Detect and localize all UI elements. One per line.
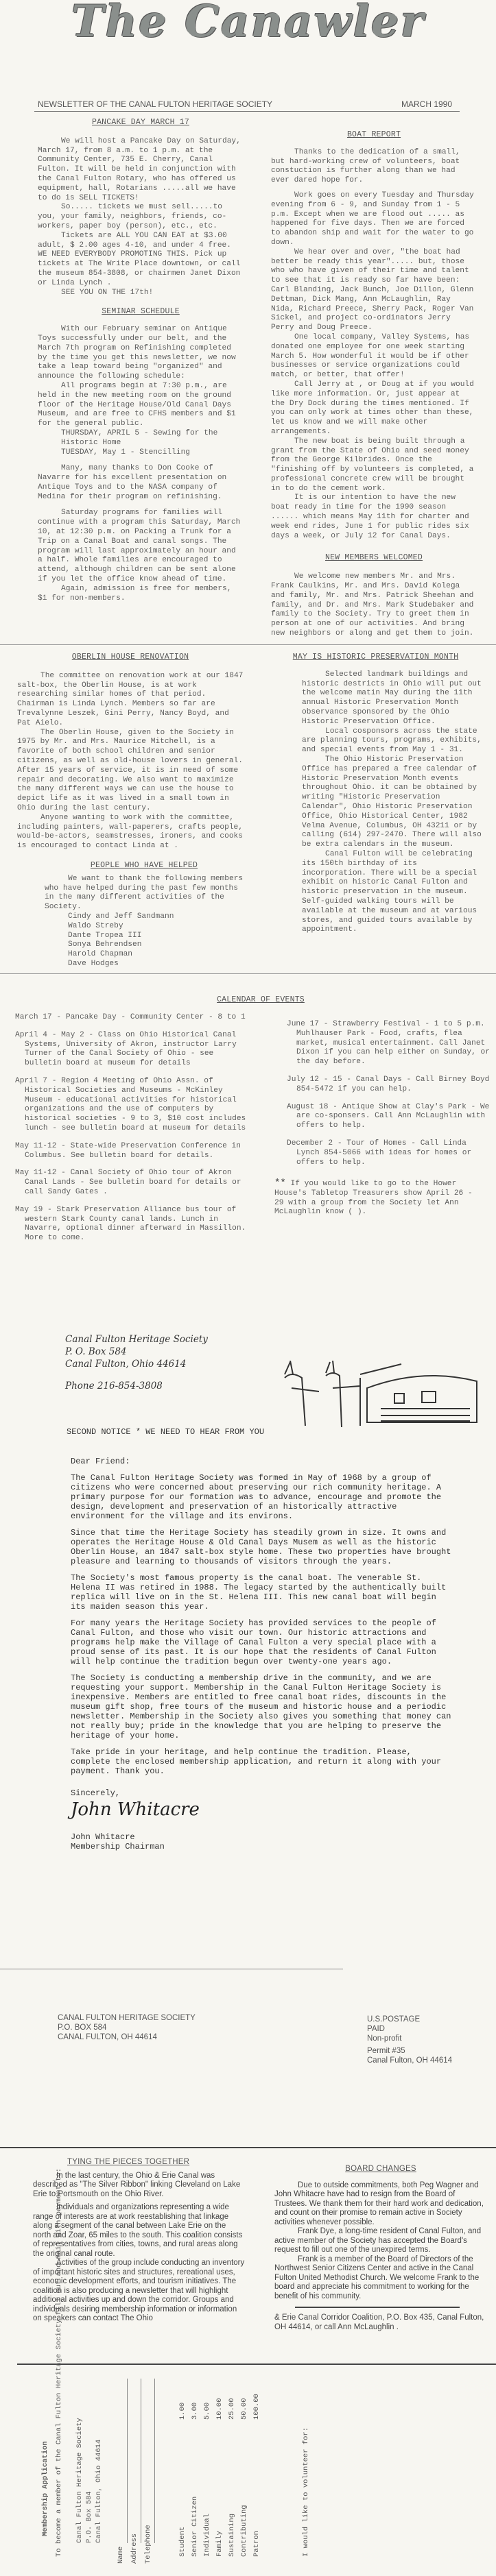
- signer-title: Membership Chairman: [71, 1842, 455, 1851]
- calendar-event: May 11-12 - Canal Society of Ohio tour o…: [15, 1169, 248, 1197]
- boat-heading: BOAT REPORT: [271, 130, 477, 140]
- preservation-paragraph: Canal Fulton will be celebrating its 150…: [302, 850, 484, 935]
- boat-paragraph: The new boat is being built through a gr…: [271, 437, 477, 494]
- oberlin-paragraph: Anyone wanting to work with the committe…: [17, 814, 244, 851]
- return-address: Canal Fulton Heritage Society P. O. Box …: [65, 1333, 208, 1392]
- form-address-line: Canal Fulton, Ohio 44614: [95, 2440, 104, 2543]
- helper-name: Dante Tropea III: [45, 932, 244, 941]
- new-members-heading: NEW MEMBERS WELCOMED: [271, 553, 477, 563]
- letter-closing: Sincerely,: [71, 1788, 455, 1798]
- letter-paragraph: The Canal Fulton Heritage Society was fo…: [71, 1473, 455, 1521]
- issue-date: MARCH 1990: [401, 100, 452, 110]
- form-field-label: Telephone: [144, 2525, 154, 2564]
- helpers-intro: We want to thank the following members w…: [45, 875, 244, 912]
- seminar-schedule-item: THURSDAY, APRIL 5 - Sewing for the Histo…: [38, 429, 244, 448]
- letter-paragraph: Since that time the Heritage Society has…: [71, 1528, 455, 1566]
- calendar-event: April 7 - Region 4 Meeting of Ohio Assn.…: [15, 1077, 248, 1134]
- boat-paragraph: We hear over and over, "the boat had bet…: [271, 248, 477, 333]
- membership-price: 5.00: [203, 2403, 213, 2420]
- new-members-text: We welcome new members Mr. and Mrs. Fran…: [271, 572, 477, 639]
- boat-paragraph: One local company, Valley Systems, has d…: [271, 333, 477, 380]
- helper-name: Harold Chapman: [45, 950, 244, 960]
- membership-letter: Dear Friend: The Canal Fulton Heritage S…: [71, 1457, 455, 1851]
- asterisk-icon: **: [274, 1178, 286, 1189]
- oberlin-heading: OBERLIN HOUSE RENOVATION: [17, 653, 244, 662]
- volunteer-note: I would like to volunteer for:: [302, 2427, 311, 2557]
- oberlin-paragraph: The Oberlin House, given to the Society …: [17, 729, 244, 814]
- preservation-heading: MAY IS HISTORIC PRESERVATION MONTH: [268, 653, 484, 662]
- tying-paragraph: In the last century, the Ohio & Erie Can…: [33, 2172, 246, 2200]
- boat-paragraph: Thanks to the dedication of a small, but…: [271, 148, 477, 186]
- board-paragraph: Frank Dye, a long-time resident of Canal…: [274, 2227, 487, 2255]
- section-divider: [0, 644, 496, 645]
- tying-paragraph: Activities of the group include conducti…: [33, 2259, 246, 2324]
- calendar-event: June 17 - Strawberry Festival - 1 to 5 p…: [287, 1020, 493, 1067]
- form-address-line: Canal Fulton Heritage Society: [75, 2418, 85, 2543]
- preservation-paragraph: The Ohio Historic Preservation Office ha…: [302, 755, 484, 850]
- letter-notice: SECOND NOTICE * WE NEED TO HEAR FROM YOU: [67, 1427, 264, 1437]
- calendar-heading: CALENDAR OF EVENTS: [192, 995, 329, 1005]
- seminar-saturday: Saturday programs for families will cont…: [38, 509, 244, 584]
- form-field-line[interactable]: [141, 2379, 141, 2543]
- boat-paragraph: Call Jerry at , or Doug at if you would …: [271, 380, 477, 437]
- calendar-event: July 12 - 15 - Canal Days - Call Birney …: [287, 1076, 493, 1095]
- seminar-intro: With our February seminar on Antique Toy…: [38, 325, 244, 382]
- mailer-from-address: CANAL FULTON HERITAGE SOCIETY P.O. BOX 5…: [58, 2013, 196, 2042]
- boat-paragraph: It is our intention to have the new boat…: [271, 494, 477, 541]
- membership-price: 10.00: [215, 2398, 225, 2420]
- masthead-title: The Canawler: [0, 17, 496, 27]
- fold-line: [0, 1969, 343, 1969]
- seminar-admission: Again, admission is free for members, $1…: [38, 585, 244, 604]
- boat-section: BOAT REPORT Thanks to the dedication of …: [271, 130, 477, 639]
- masthead-rule: [34, 111, 460, 112]
- calendar-right-column: June 17 - Strawberry Festival - 1 to 5 p…: [287, 1020, 493, 1176]
- membership-level: Patron: [252, 2531, 262, 2557]
- form-field-label: Address: [130, 2534, 140, 2564]
- membership-level: Sustaining: [228, 2514, 237, 2557]
- helper-name: Dave Hodges: [45, 960, 244, 969]
- tying-continuation: & Erie Canal Corridor Coalition, P.O. Bo…: [274, 2313, 487, 2332]
- membership-level: Family: [215, 2531, 225, 2557]
- tying-section: TYING THE PIECES TOGETHER In the last ce…: [33, 2158, 246, 2324]
- membership-price: 3.00: [191, 2403, 200, 2420]
- letter-paragraph: Take pride in your heritage, and help co…: [71, 1747, 455, 1776]
- membership-level: Senior Citizen: [191, 2496, 200, 2557]
- preservation-paragraph: Selected landmark buildings and historic…: [302, 670, 484, 727]
- calendar-left-column: March 17 - Pancake Day - Community Cente…: [15, 1013, 248, 1252]
- signature: John Whitacre: [71, 1805, 455, 1832]
- pancake-section: PANCAKE DAY MARCH 17 We will host a Panc…: [38, 118, 244, 603]
- calendar-note: ** If you would like to go to the Hower …: [274, 1179, 480, 1217]
- calendar-event: May 19 - Stark Preservation Alliance bus…: [15, 1206, 248, 1243]
- membership-level: Contributing: [240, 2505, 250, 2557]
- pancake-closing: SEE YOU ON THE 17th!: [38, 289, 244, 298]
- membership-price: 1.00: [178, 2403, 188, 2420]
- form-field-line[interactable]: [154, 2379, 155, 2543]
- newsletter-subtitle: NEWSLETTER OF THE CANAL FULTON HERITAGE …: [38, 100, 272, 110]
- seminar-schedule-item: TUESDAY, May 1 - Stencilling: [38, 448, 244, 458]
- seminar-heading: SEMINAR SCHEDULE: [38, 307, 244, 317]
- section-divider: [0, 2147, 496, 2148]
- preservation-section: MAY IS HISTORIC PRESERVATION MONTH Selec…: [302, 653, 484, 935]
- helper-name: Waldo Streby: [45, 922, 244, 932]
- canal-boat-illustration: [278, 1361, 484, 1429]
- letter-paragraph: The Society is conducting a membership d…: [71, 1673, 455, 1740]
- preservation-paragraph: Local cosponsors across the state are pl…: [302, 727, 484, 755]
- board-paragraph: Due to outside commitments, both Peg Wag…: [274, 2181, 487, 2228]
- membership-level: Student: [178, 2527, 188, 2557]
- board-paragraph: Frank is a member of the Board of Direct…: [274, 2255, 487, 2302]
- pancake-paragraph: Tickets are ALL YOU CAN EAT at $3.00 adu…: [38, 232, 244, 289]
- board-heading: BOARD CHANGES: [274, 2165, 487, 2174]
- form-address-line: P.O. Box 584: [85, 2491, 95, 2543]
- form-instructions: To become a member of the Canal Fulton H…: [55, 2168, 64, 2557]
- pancake-heading: PANCAKE DAY MARCH 17: [38, 118, 244, 127]
- letter-paragraph: For many years the Heritage Society has …: [71, 1618, 455, 1666]
- tying-heading: TYING THE PIECES TOGETHER: [33, 2158, 246, 2167]
- pancake-paragraph: We will host a Pancake Day on Saturday, …: [38, 137, 244, 204]
- membership-price: 50.00: [240, 2398, 250, 2420]
- letter-paragraph: The Society's most famous property is th…: [71, 1573, 455, 1612]
- section-divider: [0, 973, 496, 974]
- helpers-list: Cindy and Jeff SandmannWaldo StrebyDante…: [45, 912, 244, 969]
- membership-application-form: Membership ApplicationTo become a member…: [27, 2365, 480, 2571]
- oberlin-paragraph: The committee on renovation work at our …: [17, 672, 244, 729]
- form-field-label: Name: [117, 2547, 126, 2564]
- seminar-details: All programs begin at 7:30 p.m., are hel…: [38, 382, 244, 429]
- oberlin-section: OBERLIN HOUSE RENOVATION The committee o…: [17, 653, 244, 969]
- calendar-event: May 11-12 - State-wide Preservation Conf…: [15, 1142, 248, 1161]
- tying-paragraph: Individuals and organizations representi…: [33, 2203, 246, 2259]
- helper-name: Cindy and Jeff Sandmann: [45, 912, 244, 922]
- helpers-heading: PEOPLE WHO HAVE HELPED: [45, 861, 244, 871]
- signer-name: John Whitacre: [71, 1832, 455, 1842]
- form-field-line[interactable]: [127, 2379, 128, 2543]
- membership-price: 100.00: [252, 2394, 262, 2420]
- board-section: BOARD CHANGES Due to outside commitments…: [274, 2165, 487, 2332]
- seminar-thanks: Many, many thanks to Don Cooke of Navarr…: [38, 464, 244, 502]
- postage-indicia: U.S.POSTAGE PAID Non-profit Permit #35 C…: [367, 2015, 452, 2065]
- calendar-event: August 18 - Antique Show at Clay's Park …: [287, 1103, 493, 1131]
- helper-name: Sonya Behrendsen: [45, 940, 244, 950]
- calendar-event: March 17 - Pancake Day - Community Cente…: [15, 1013, 248, 1023]
- form-title: Membership Application: [41, 2441, 51, 2536]
- membership-level: Individual: [203, 2514, 213, 2557]
- membership-price: 25.00: [228, 2398, 237, 2420]
- letter-salutation: Dear Friend:: [71, 1457, 455, 1466]
- calendar-event: December 2 - Tour of Homes - Call Linda …: [287, 1139, 493, 1167]
- boat-paragraph: Work goes on every Tuesday and Thursday …: [271, 191, 477, 248]
- pancake-paragraph: So..... tickets we must sell.....to you,…: [38, 203, 244, 231]
- calendar-event: April 4 - May 2 - Class on Ohio Historic…: [15, 1031, 248, 1069]
